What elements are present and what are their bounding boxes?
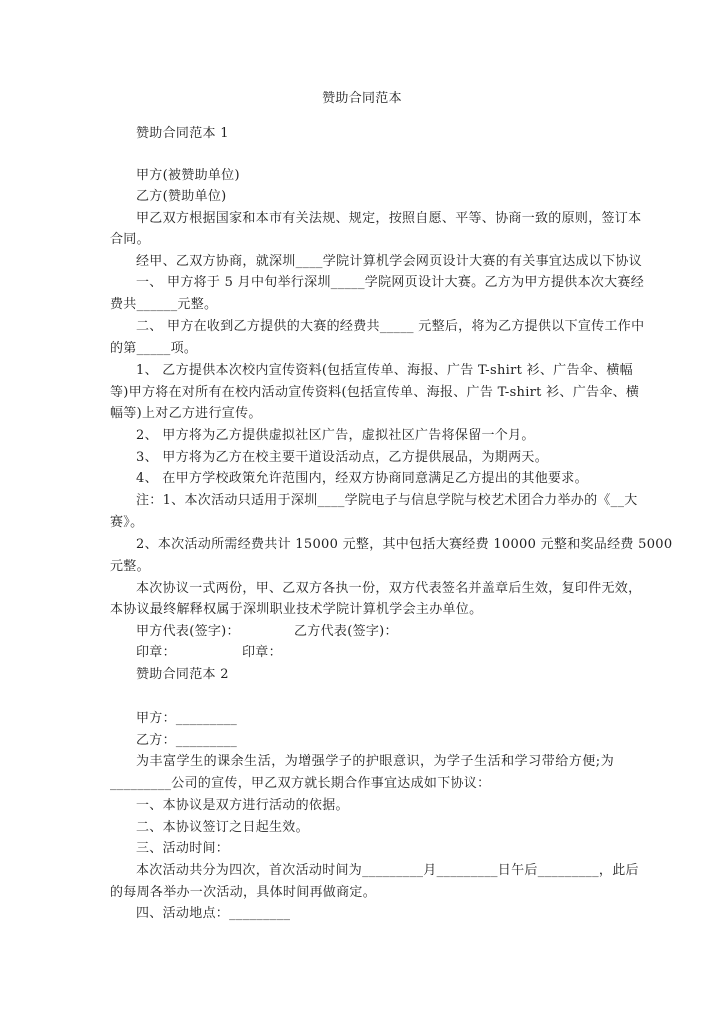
seal-party-b: 印章： <box>242 643 282 663</box>
party-b-label: 乙方(赞助单位) <box>136 187 227 207</box>
s2-item3: 三、活动时间： <box>136 839 229 859</box>
copies-line1: 本次协议一式两份，甲、乙双方各执一份，双方代表签名并盖章后生效，复印件无效， <box>136 579 614 599</box>
s2-time-line1: 本次活动共分为四次，首次活动时间为_________月_________日午后_… <box>136 861 614 881</box>
sub3-line: 3、 甲方将为乙方在校主要干道设活动点，乙方提供展品，为期两天。 <box>136 448 548 468</box>
item2-line2: 的第_____项。 <box>110 339 197 359</box>
s2-intro-line2: _________公司的宣传，甲乙双方就长期合作事宜达成如下协议： <box>110 774 490 794</box>
sub1-line3: 幅等)上对乙方进行宣传。 <box>110 404 262 424</box>
party-a-label: 甲方(被赞助单位) <box>136 166 240 186</box>
note1-line1: 注：1、本次活动只适用于深圳____学院电子与信息学院与校艺术团合力举办的《__… <box>136 491 614 511</box>
sub4-line: 4、 在甲方学校政策允许范围内，经双方协商同意满足乙方提出的其他要求。 <box>136 469 588 489</box>
sign-party-b: 乙方代表(签字)： <box>294 622 398 642</box>
section1-heading: 赞助合同范本 1 <box>136 124 229 144</box>
note2-line2: 元整。 <box>110 557 150 577</box>
sign-party-a: 甲方代表(签字)： <box>136 622 240 642</box>
s2-item2: 二、本协议签订之日起生效。 <box>136 818 309 838</box>
sub1-line1: 1、 乙方提供本次校内宣传资料(包括宣传单、海报、广告 T-shirt 衫、广告… <box>136 361 614 381</box>
seal-party-a: 印章： <box>136 643 176 663</box>
item1-line1: 一、 甲方将于 5 月中旬举行深圳_____学院网页设计大赛。乙方为甲方提供本次… <box>136 273 614 293</box>
s2-item4: 四、活动地点：_________ <box>136 904 290 924</box>
consult-paragraph: 经甲、乙双方协商，就深圳____学院计算机学会网页设计大赛的有关事宜达成以下协议 <box>136 252 642 272</box>
note1-line2: 赛》。 <box>110 513 143 533</box>
sub1-line2: 等)甲方将在对所有在校内活动宣传资料(包括宣传单、海报、广告 T-shirt 衫… <box>110 383 614 403</box>
intro-paragraph-line2: 合同。 <box>110 230 150 250</box>
s2-item1: 一、本协议是双方进行活动的依据。 <box>136 796 349 816</box>
s2-time-line2: 的每周各举办一次活动，具体时间再做商定。 <box>110 883 376 903</box>
party-a-blank: 甲方：_________ <box>136 709 237 729</box>
note2-line1: 2、本次活动所需经费共计 15000 元整，其中包括大赛经费 10000 元整和… <box>136 535 614 555</box>
sub2-line: 2、 甲方将为乙方提供虚拟社区广告，虚拟社区广告将保留一个月。 <box>136 426 535 446</box>
party-b-blank: 乙方：_________ <box>136 731 237 751</box>
item1-line2: 费共______元整。 <box>110 295 217 315</box>
copies-line2: 本协议最终解释权属于深圳职业技术学院计算机学会主办单位。 <box>110 600 482 620</box>
intro-paragraph-line1: 甲乙双方根据国家和本市有关法规、规定，按照自愿、平等、协商一致的原则，签订本 <box>136 209 614 229</box>
document-title: 赞助合同范本 <box>110 89 614 109</box>
item2-line1: 二、 甲方在收到乙方提供的大赛的经费共_____ 元整后，将为乙方提供以下宣传工… <box>136 317 614 337</box>
s2-intro-line1: 为丰富学生的课余生活，为增强学子的护眼意识，为学子生活和学习带给方便;为 <box>136 752 614 772</box>
section2-heading: 赞助合同范本 2 <box>136 665 229 685</box>
